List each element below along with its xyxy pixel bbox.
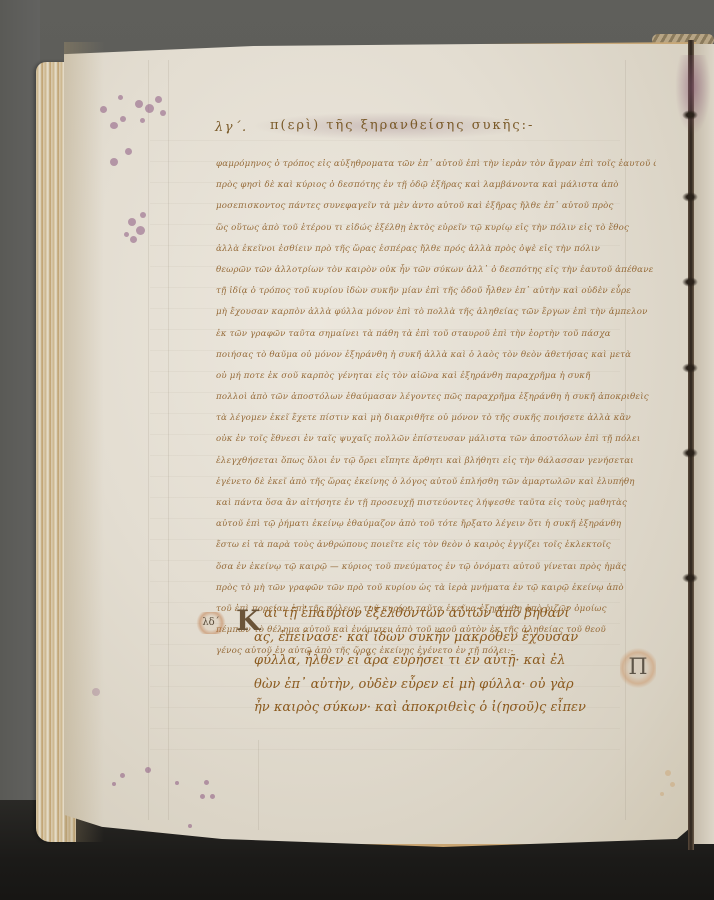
background — [0, 0, 40, 900]
text-line: τῇ ἰδίᾳ ὁ τρόπος τοῦ κυρίου ἰδὼν συκῆν μ… — [216, 281, 656, 302]
text-line: ἦν καιρὸς σύκων· καὶ ἀποκριθεὶς ὁ ἰ(ησοῦ… — [246, 696, 646, 720]
ruling-line-vertical — [258, 740, 259, 830]
text-line: πρὸς φησὶ δὲ καὶ κύριος ὁ δεσπότης ἐν τῇ… — [216, 175, 656, 196]
text-line: ἐγένετο δὲ ἐκεῖ ἀπὸ τῆς ὥρας ἐκείνης ὁ λ… — [216, 472, 656, 493]
ink-stain — [675, 55, 711, 135]
text-line: μὴ ἔχουσαν καρπὸν ἀλλὰ φύλλα μόνον ἐπὶ τ… — [216, 302, 656, 323]
text-line: ας, ἐπείνασε· καὶ ἰδὼν συκῆν μακρόθεν ἔχ… — [246, 626, 646, 650]
quire-mark: Π — [620, 648, 656, 688]
sewing-stitch — [682, 192, 698, 202]
text-line: θεωρῶν τῶν ἀλλοτρίων τὸν καιρὸν οὐκ ἦν τ… — [216, 260, 656, 281]
text-line: πολλοὶ ἀπὸ τῶν ἀποστόλων ἐθαύμασαν λέγον… — [216, 387, 656, 408]
text-line: φαμρόμηνος ὁ τρόπος εἰς αὐξηθροματα τῶν … — [216, 154, 656, 175]
text-line: αὐτοῦ ἐπὶ τῷ ῥήματι ἐκείνῳ ἐθαύμαζον ἀπὸ… — [216, 514, 656, 535]
chapter-number: λγ΄. — [215, 120, 248, 135]
text-line: καὶ πάντα ὅσα ἂν αἰτήσητε ἐν τῇ προσευχῇ… — [216, 493, 656, 514]
chapter-title: π(ερὶ) τῆς ξηρανθείσης συκῆς:- — [270, 118, 534, 133]
ruling-line-vertical — [168, 60, 169, 820]
main-text-block: φαμρόμηνος ὁ τρόπος εἰς αὐξηθροματα τῶν … — [216, 154, 656, 663]
text-line: ἔστω εἰ τὰ παρὰ τοὺς ἀνθρώπους ποιεῖτε ε… — [216, 535, 656, 556]
sewing-stitch — [682, 448, 698, 458]
chapter-heading: λγ΄. π(ερὶ) τῆς ξηρανθείσης συκῆς:- — [215, 112, 535, 148]
text-line: οὐ μή ποτε ἐκ σοῦ καρπὸς γένηται εἰς τὸν… — [216, 366, 656, 387]
sewing-stitch — [682, 363, 698, 373]
page-shading — [64, 42, 104, 842]
text-line: ἐλεγχθήσεται ὅπως ὅλοι ἐν τῷ ὄρει εἴπητε… — [216, 451, 656, 472]
text-line: ἀλλὰ ἐκεῖνοι ἐσθίειν πρὸ τῆς ὥρας ἑσπέρα… — [216, 239, 656, 260]
text-line: τὰ λέγομεν ἐκεῖ ἔχετε πίστιν καὶ μὴ διακ… — [216, 408, 656, 429]
text-line: μοσεπισκοντος πάντες συνεφαγεῖν τὰ μὲν ἀ… — [216, 196, 656, 217]
text-line: πρὸς τὸ μὴ τῶν γραφῶν τῶν πρὸ τοῦ κυρίου… — [216, 578, 656, 599]
text-line: φύλλα, ἦλθεν εἰ ἄρα εὑρήσει τι ἐν αὐτῇ· … — [246, 649, 646, 673]
gospel-text-block: αὶ τῇ ἐπαύριον ἐξελθόντων αὐτῶν ἀπὸ βηθα… — [246, 602, 646, 720]
sewing-stitch — [682, 110, 698, 120]
text-line: θὼν ἐπ᾽ αὐτὴν, οὐδὲν εὗρεν εἰ μὴ φύλλα· … — [246, 673, 646, 697]
text-line: ὅσα ἐν ἐκείνῳ τῷ καιρῷ — κύριος τοῦ πνεύ… — [216, 557, 656, 578]
sewing-stitch — [682, 277, 698, 287]
text-line: αὶ τῇ ἐπαύριον ἐξελθόντων αὐτῶν ἀπὸ βηθα… — [246, 602, 646, 626]
text-line: ποιήσας τὸ θαῦμα οὐ μόνον ἐξηράνθη ἡ συκ… — [216, 345, 656, 366]
text-line: ὥς οὕτως ἀπὸ τοῦ ἑτέρου τι εἰδώς ἐξέλθῃ … — [216, 218, 656, 239]
facing-page — [694, 44, 714, 844]
ruling-line-vertical — [148, 60, 149, 820]
text-line: ἐκ τῶν γραφῶν ταῦτα σημαίνει τὰ πάθη τὰ … — [216, 324, 656, 345]
margin-section-number: λδ΄ — [194, 612, 228, 634]
sewing-stitch — [682, 573, 698, 583]
text-line: οὐκ ἐν τοῖς ἔθνεσι ἐν ταῖς ψυχαῖς πολλῶν… — [216, 429, 656, 450]
